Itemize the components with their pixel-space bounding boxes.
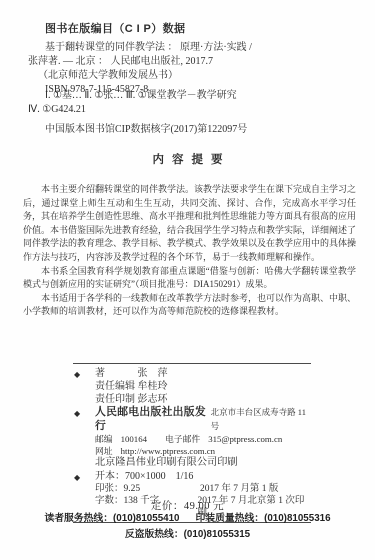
author-row: ◆ 著 张 萍 [73, 367, 311, 380]
contact-row: 邮编100164电子邮件315@ptpress.com.cn [73, 433, 311, 445]
sheets-row: 印张：9.25 2017 年 7 月第 1 版 [73, 483, 311, 495]
website-url: http://www.ptpress.com.cn [121, 446, 215, 456]
hotline-line-2: 反盗版热线：(010)81055315 [0, 527, 375, 543]
author-name: 张 萍 [138, 368, 168, 379]
edition-date: 2017 年 7 月第 1 版 [200, 483, 278, 495]
print-supervisor-name: 彭志环 [138, 394, 168, 405]
copyright-page: 图书在版编目（C I P）数据 基于翻转课堂的同伴教学法 ： 原理·方法·实践 … [0, 0, 375, 560]
email-label: 电子邮件 [165, 434, 200, 444]
author-label: 著 [95, 367, 135, 380]
publisher-address: 北京市丰台区成寿寺路 11 号 [211, 406, 311, 433]
hotlines-block: 读者服务热线：(010)81055410印装质量热线：(010)81055316… [0, 511, 375, 542]
summary-paragraph-3: 本书适用于各学科的一线教师在改革教学方法时参考，也可以作为高职、中职、小学教师的… [23, 292, 356, 319]
print-supervisor-row: 责任印制 彭志环 [73, 393, 311, 406]
classification-block: Ⅰ. ①基… Ⅱ. ①张… Ⅲ. ①课堂教学－教学研究 Ⅳ. ①G424.21 [28, 89, 350, 117]
classification-line-2: Ⅳ. ①G424.21 [28, 103, 350, 117]
quality-hotline: 印装质量热线：(010)81055316 [196, 513, 331, 524]
sheets-value: 印张：9.25 [95, 483, 200, 495]
editor-row: 责任编辑 牟桂玲 [73, 380, 311, 393]
postcode-value: 100164 [121, 434, 147, 444]
cip-title-line: 基于翻转课堂的同伴教学法 ： 原理·方法·实践 / [28, 41, 350, 55]
hotline-line-1: 读者服务热线：(010)81055410印装质量热线：(010)81055316 [0, 511, 375, 527]
cip-publisher-line: 张萍著. — 北京 ： 人民邮电出版社, 2017.7 [28, 55, 350, 69]
format-value: 开本：700×1000 1/16 [95, 471, 193, 482]
postcode-label: 邮编 [95, 434, 113, 444]
cip-header: 图书在版编目（C I P）数据 [45, 20, 185, 36]
diamond-bullet-icon: ◆ [74, 407, 80, 421]
website-row: 网址http://www.ptpress.com.cn [73, 445, 311, 457]
print-company-row: 北京隆昌伟业印刷有限公司印刷 [73, 457, 311, 470]
cip-record-number: 中国版本图书馆CIP数据核字(2017)第122097号 [45, 120, 247, 135]
classification-line-1: Ⅰ. ①基… Ⅱ. ①张… Ⅲ. ①课堂教学－教学研究 [28, 89, 350, 103]
summary-paragraph-2: 本书系全国教育科学规划教育部重点课题“借鉴与创新：哈佛大学翻转课堂教学模式与创新… [23, 265, 356, 292]
summary-paragraph-1: 本书主要介绍翻转课堂的同伴教学法。该教学法要求学生在课下完成自主学习之后，通过课… [23, 183, 356, 265]
summary-body: 本书主要介绍翻转课堂的同伴教学法。该教学法要求学生在课下完成自主学习之后，通过课… [23, 183, 356, 319]
publisher-row: ◆ 人民邮电出版社出版发行 北京市丰台区成寿寺路 11 号 [73, 406, 311, 433]
publisher-name: 人民邮电出版社出版发行 [95, 406, 211, 433]
format-row: ◆ 开本：700×1000 1/16 [73, 470, 311, 483]
reader-hotline: 读者服务热线：(010)81055410 [44, 513, 179, 524]
print-supervisor-label: 责任印制 [95, 393, 135, 406]
editor-name: 牟桂玲 [138, 381, 168, 392]
cip-series-line: （北京师范大学教师发展丛书） [28, 69, 350, 83]
summary-heading: 内容提要 [0, 151, 375, 167]
editor-label: 责任编辑 [95, 380, 135, 393]
antipiracy-hotline: 反盗版热线：(010)81055315 [125, 529, 250, 540]
email-value: 315@ptpress.com.cn [208, 434, 282, 444]
website-label: 网址 [95, 446, 113, 456]
